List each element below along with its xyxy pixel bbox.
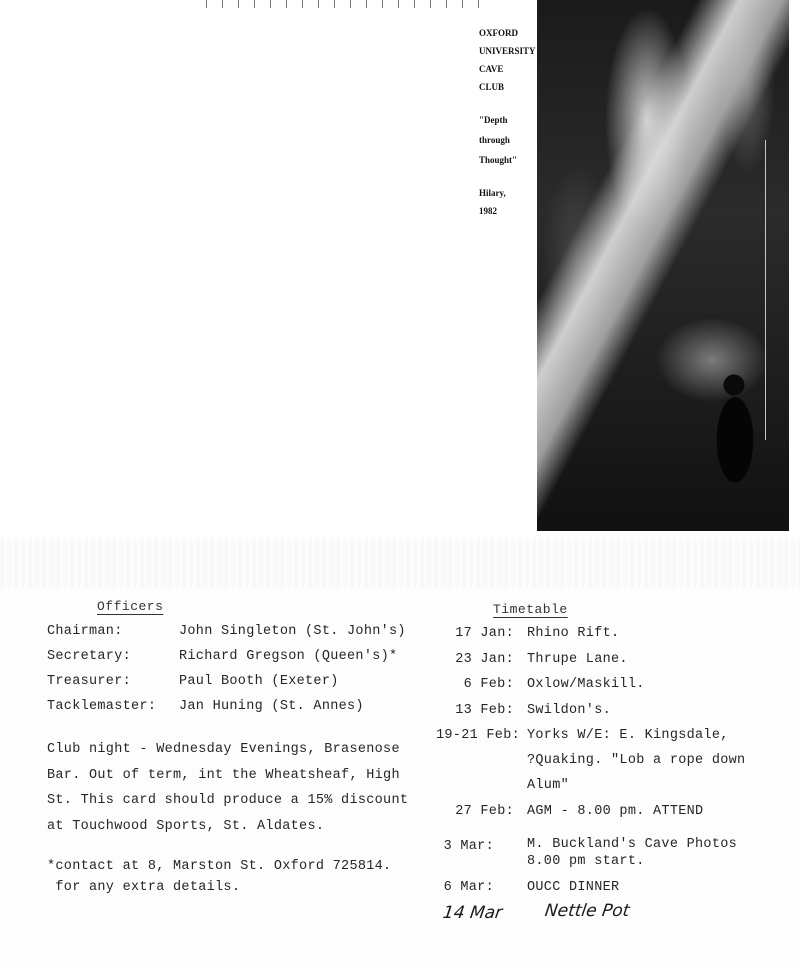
motto-line: through bbox=[479, 130, 539, 150]
timetable-event: Rhino Rift. bbox=[527, 621, 619, 646]
cave-photo bbox=[537, 0, 789, 531]
club-info-line: Bar. Out of term, int the Wheatsheaf, Hi… bbox=[47, 763, 427, 789]
club-name-line: CAVE bbox=[479, 60, 539, 78]
club-name-line: CLUB bbox=[479, 78, 539, 96]
timetable-date: 27 Feb: bbox=[408, 804, 514, 819]
timetable-event: M. Buckland's Cave Photos 8.00 pm start. bbox=[527, 836, 737, 870]
timetable-event: Swildon's. bbox=[527, 698, 611, 723]
club-info-line: at Touchwood Sports, St. Aldates. bbox=[47, 814, 427, 840]
officer-name: Jan Huning (St. Annes) bbox=[179, 699, 364, 714]
contact-paragraph: *contact at 8, Marston St. Oxford 725814… bbox=[47, 856, 427, 898]
term-line: Hilary, bbox=[479, 184, 539, 202]
timetable-date: 23 Jan: bbox=[408, 652, 514, 667]
club-info-paragraph: Club night - Wednesday Evenings, Braseno… bbox=[47, 737, 427, 839]
timetable-heading: Timetable bbox=[493, 602, 568, 617]
scan-fold-marks bbox=[200, 0, 480, 8]
club-name-line: UNIVERSITY bbox=[479, 42, 539, 60]
motto-line: Thought" bbox=[479, 150, 539, 170]
scan-noise-band bbox=[0, 538, 800, 588]
timetable-event: AGM - 8.00 pm. ATTEND bbox=[527, 799, 703, 824]
officers-heading: Officers bbox=[97, 599, 163, 614]
handwritten-date: 14 Mar bbox=[442, 903, 504, 923]
timetable-date: 3 Mar: bbox=[408, 839, 494, 854]
rope-line bbox=[765, 140, 766, 440]
handwritten-event: Nettle Pot bbox=[544, 901, 631, 921]
club-name-line: OXFORD bbox=[479, 24, 539, 42]
timetable-date: 19-21 Feb: bbox=[436, 728, 536, 743]
timetable-event: Yorks W/E: E. Kingsdale, ?Quaking. "Lob … bbox=[527, 723, 745, 798]
term-line: 1982 bbox=[479, 202, 539, 220]
officer-role: Secretary: bbox=[47, 649, 131, 664]
cover-title-block: OXFORD UNIVERSITY CAVE CLUB "Depth throu… bbox=[479, 24, 539, 220]
timetable-event: Thrupe Lane. bbox=[527, 647, 628, 672]
timetable-date: 17 Jan: bbox=[408, 626, 514, 641]
officer-name: Paul Booth (Exeter) bbox=[179, 674, 339, 689]
club-info-line: Club night - Wednesday Evenings, Braseno… bbox=[47, 737, 427, 763]
club-info-line: St. This card should produce a 15% disco… bbox=[47, 788, 427, 814]
officer-role: Treasurer: bbox=[47, 674, 131, 689]
contact-line: for any extra details. bbox=[47, 877, 427, 898]
timetable-date: 13 Feb: bbox=[408, 703, 514, 718]
officer-role: Tacklemaster: bbox=[47, 699, 156, 714]
officer-name: John Singleton (St. John's) bbox=[179, 624, 406, 639]
officer-role: Chairman: bbox=[47, 624, 123, 639]
motto-line: "Depth bbox=[479, 110, 539, 130]
contact-line: *contact at 8, Marston St. Oxford 725814… bbox=[47, 856, 427, 877]
timetable-event: OUCC DINNER bbox=[527, 875, 619, 900]
timetable-event: Oxlow/Maskill. bbox=[527, 672, 645, 697]
timetable-date: 6 Feb: bbox=[408, 677, 514, 692]
officer-name: Richard Gregson (Queen's)* bbox=[179, 649, 397, 664]
timetable-date: 6 Mar: bbox=[408, 880, 494, 895]
